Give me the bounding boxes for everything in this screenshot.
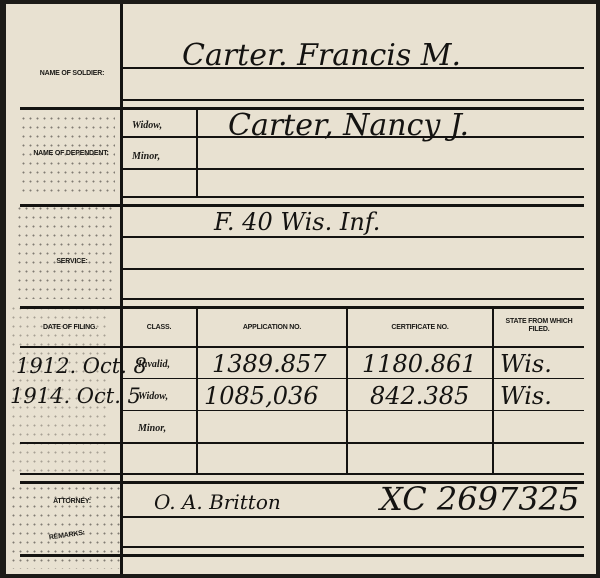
column-divider: [120, 4, 123, 574]
rule: [122, 298, 584, 300]
attorney-name: O. A. Britton: [154, 490, 281, 514]
rule: [196, 110, 198, 198]
label-date-of-filing: Date of Filing.: [22, 324, 118, 332]
rule: [20, 473, 584, 475]
rule: [122, 99, 584, 101]
application-no-2: 1085,036: [204, 382, 319, 410]
rule: [122, 268, 584, 270]
rule: [122, 168, 584, 170]
label-name-of-soldier: Name of Soldier:: [32, 70, 112, 78]
label-class: Class.: [124, 324, 194, 332]
filing-date-1: 1912. Oct. 8: [16, 354, 147, 378]
rule: [122, 196, 584, 198]
rule: [122, 410, 584, 411]
pension-index-card: Name of Soldier: Name of Dependent: Serv…: [6, 4, 596, 574]
smudge: [16, 204, 116, 299]
label-service: Service:: [32, 258, 112, 266]
rule: [20, 346, 584, 348]
dependent-widow-name: Carter, Nancy J.: [228, 108, 469, 143]
rule: [20, 442, 584, 444]
label-state-from-which-filed: State from which filed.: [496, 318, 582, 334]
label-attorney: Attorney:: [32, 498, 112, 506]
state-2: Wis.: [500, 382, 552, 410]
label-application-no: Application No.: [200, 324, 344, 332]
dependent-type-minor: Minor,: [132, 151, 160, 162]
certificate-no-1: 1180.861: [362, 350, 477, 378]
rule: [20, 554, 584, 557]
rule: [196, 309, 198, 474]
application-no-1: 1389.857: [212, 350, 327, 378]
dependent-type-widow: Widow,: [132, 120, 162, 131]
state-1: Wis.: [500, 350, 552, 378]
rule: [122, 546, 584, 548]
rule: [20, 204, 584, 207]
class-minor: Minor,: [138, 423, 166, 434]
rule: [346, 309, 348, 474]
rule: [492, 309, 494, 474]
file-number: XC 2697325: [380, 480, 579, 518]
class-widow: Widow,: [138, 391, 168, 402]
rule: [122, 236, 584, 238]
soldier-name: Carter. Francis M.: [182, 38, 461, 73]
rule: [122, 378, 584, 379]
certificate-no-2: 842.385: [370, 382, 469, 410]
filing-date-2: 1914. Oct. 5: [10, 384, 141, 408]
rule: [20, 306, 584, 309]
service-unit: F. 40 Wis. Inf.: [214, 208, 380, 236]
label-name-of-dependent: Name of Dependent:: [30, 150, 112, 158]
label-certificate-no: Certificate No.: [350, 324, 490, 332]
